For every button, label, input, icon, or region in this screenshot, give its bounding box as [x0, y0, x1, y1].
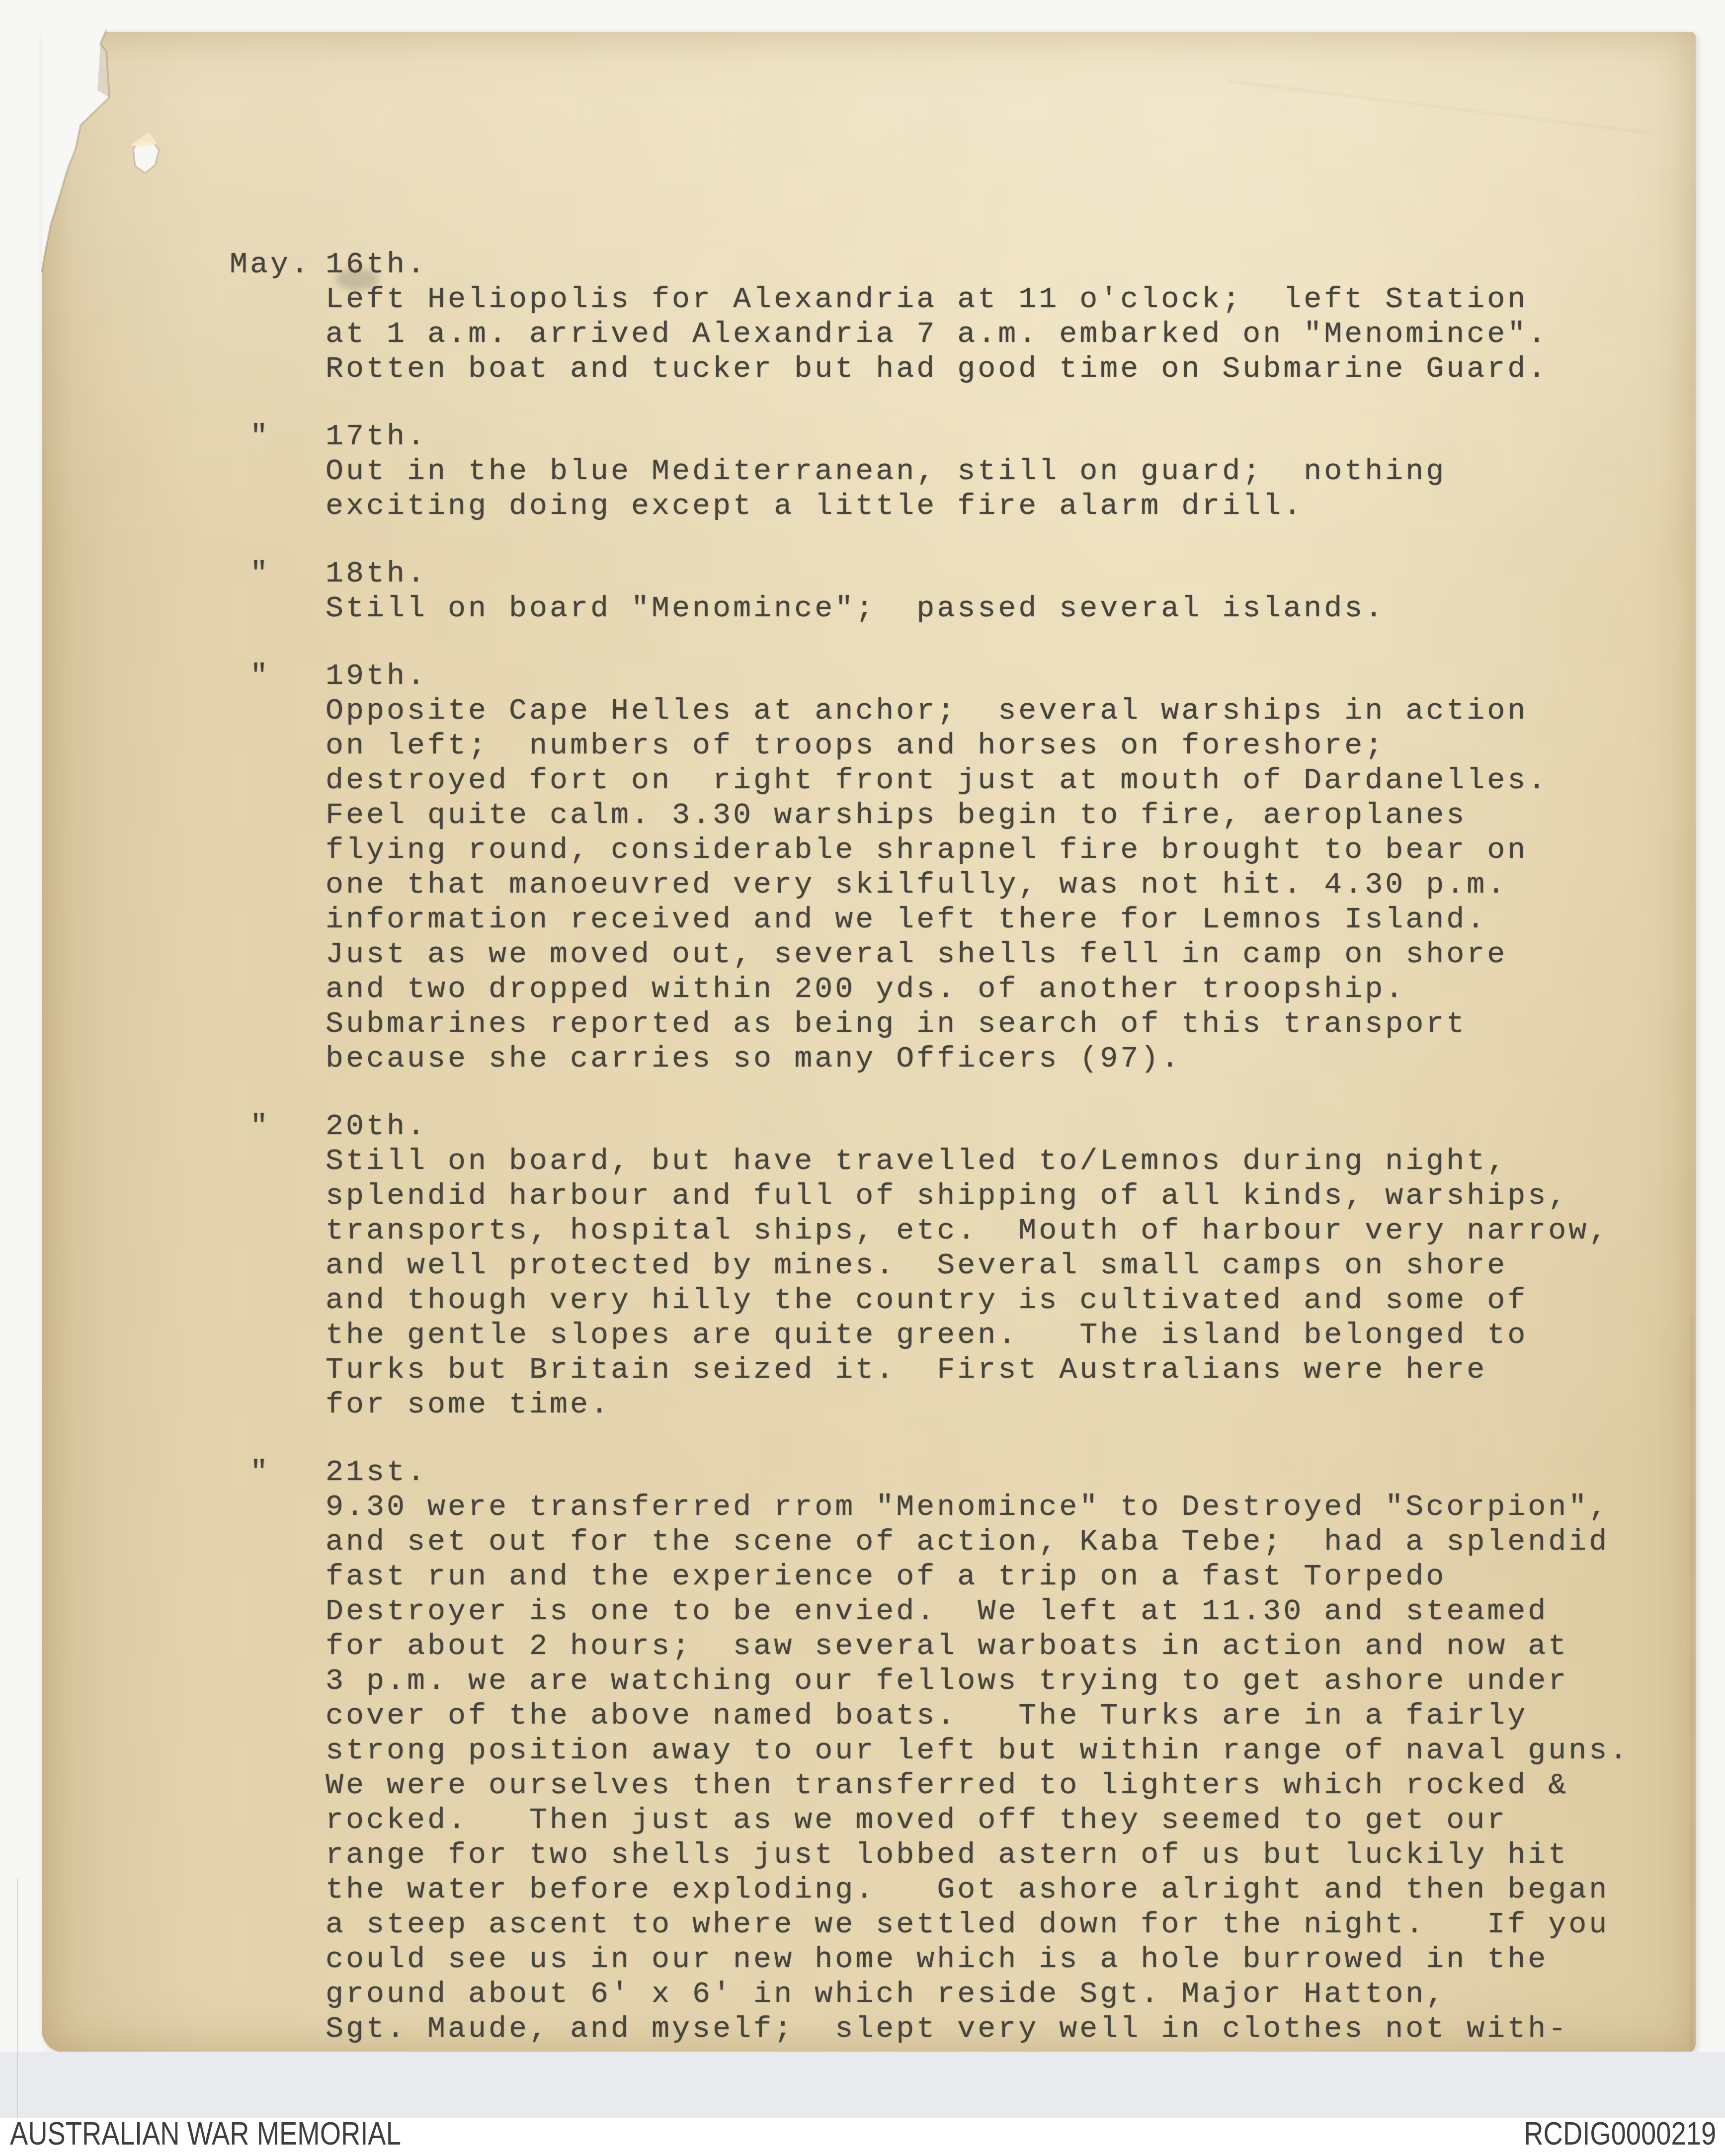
diary-line: Feel quite calm. 3.30 warships begin to … — [326, 798, 1630, 833]
diary-line: Rotten boat and tucker but had good time… — [326, 352, 1630, 387]
diary-line: 3 p.m. we are watching our fellows tryin… — [326, 1664, 1630, 1699]
diary-line: ground about 6' x 6' in which reside Sgt… — [326, 1977, 1630, 2012]
diary-line: and though very hilly the country is cul… — [326, 1283, 1630, 1318]
ditto-mark: " — [250, 419, 270, 454]
diary-line: transports, hospital ships, etc. Mouth o… — [326, 1214, 1630, 1248]
diary-entry: May.16th.Left Heliopolis for Alexandria … — [326, 248, 1630, 387]
diary-line: Left Heliopolis for Alexandria at 11 o'c… — [326, 282, 1630, 317]
ditto-mark: " — [250, 557, 270, 591]
archive-footer-bar: AUSTRALIAN WAR MEMORIAL RCDIG0000219 — [0, 2118, 1725, 2156]
diary-entry: "20th.Still on board, but have travelled… — [326, 1109, 1630, 1422]
diary-line: cover of the above named boats. The Turk… — [326, 1699, 1630, 1734]
diary-line: and two dropped within 200 yds. of anoth… — [326, 972, 1630, 1007]
diary-line: Still on board "Menomince"; passed sever… — [326, 591, 1630, 626]
entry-date: 17th. — [326, 419, 1630, 454]
entry-date: 19th. — [326, 659, 1630, 694]
diary-line: because she carries so many Officers (97… — [326, 1042, 1630, 1077]
paper-crease-diagonal — [1226, 81, 1650, 134]
torn-corner — [0, 0, 378, 358]
diary-line: the gentle slopes are quite green. The i… — [326, 1318, 1630, 1353]
diary-line: Opposite Cape Helles at anchor; several … — [326, 694, 1630, 729]
archive-name: AUSTRALIAN WAR MEMORIAL — [10, 2115, 401, 2152]
diary-line: Just as we moved out, several shells fel… — [326, 937, 1630, 972]
diary-line: range for two shells just lobbed astern … — [326, 1838, 1630, 1873]
reference-number: RCDIG0000219 — [1524, 2115, 1716, 2152]
diary-line: Sgt. Maude, and myself; slept very well … — [326, 2012, 1630, 2047]
scanner-background-strip — [0, 2052, 1725, 2118]
entry-date: 20th. — [326, 1109, 1630, 1144]
paper-crease-vertical — [1691, 1314, 1692, 2079]
diary-line: Turks but Britain seized it. First Austr… — [326, 1353, 1630, 1388]
diary-line: and set out for the scene of action, Kab… — [326, 1525, 1630, 1560]
diary-line: exciting doing except a little fire alar… — [326, 489, 1630, 524]
scanner-edge-shadow — [17, 1879, 18, 2118]
ditto-mark: " — [250, 1109, 270, 1144]
diary-line: Destroyer is one to be envied. We left a… — [326, 1594, 1630, 1629]
diary-entry: "21st.9.30 were transferred rrom "Menomi… — [326, 1455, 1630, 2047]
diary-line: one that manoeuvred very skilfully, was … — [326, 868, 1630, 903]
entry-date: 21st. — [326, 1455, 1630, 1490]
diary-line: information received and we left there f… — [326, 903, 1630, 937]
diary-line: flying round, considerable shrapnel fire… — [326, 833, 1630, 868]
diary-entry: "17th.Out in the blue Mediterranean, sti… — [326, 419, 1630, 524]
diary-text: May.16th.Left Heliopolis for Alexandria … — [326, 178, 1630, 2081]
month-label: May. — [230, 248, 311, 282]
diary-line: on left; numbers of troops and horses on… — [326, 729, 1630, 763]
diary-line: destroyed fort on right front just at mo… — [326, 763, 1630, 798]
diary-line: for about 2 hours; saw several warboats … — [326, 1629, 1630, 1664]
diary-entries: May.16th.Left Heliopolis for Alexandria … — [326, 248, 1630, 2047]
ditto-mark: " — [250, 659, 270, 694]
diary-line: We were ourselves then transferred to li… — [326, 1768, 1630, 1803]
diary-line: for some time. — [326, 1388, 1630, 1422]
diary-line: Out in the blue Mediterranean, still on … — [326, 454, 1630, 489]
diary-line: fast run and the experience of a trip on… — [326, 1560, 1630, 1594]
diary-entry: "18th.Still on board "Menomince"; passed… — [326, 557, 1630, 626]
diary-line: and well protected by mines. Several sma… — [326, 1248, 1630, 1283]
diary-line: at 1 a.m. arrived Alexandria 7 a.m. emba… — [326, 317, 1630, 352]
diary-line: Still on board, but have travelled to/Le… — [326, 1144, 1630, 1179]
diary-line: could see us in our new home which is a … — [326, 1942, 1630, 1977]
diary-line: splendid harbour and full of shipping of… — [326, 1179, 1630, 1214]
ditto-mark: " — [250, 1455, 270, 1490]
entry-date: 18th. — [326, 557, 1630, 591]
diary-line: a steep ascent to where we settled down … — [326, 1907, 1630, 1942]
diary-line: the water before exploding. Got ashore a… — [326, 1873, 1630, 1907]
diary-line: Submarines reported as being in search o… — [326, 1007, 1630, 1042]
entry-date: 16th. — [326, 248, 1630, 282]
diary-line: rocked. Then just as we moved off they s… — [326, 1803, 1630, 1838]
diary-line: 9.30 were transferred rrom "Menomince" t… — [326, 1490, 1630, 1525]
diary-line: strong position away to our left but wit… — [326, 1734, 1630, 1768]
diary-entry: "19th.Opposite Cape Helles at anchor; se… — [326, 659, 1630, 1077]
